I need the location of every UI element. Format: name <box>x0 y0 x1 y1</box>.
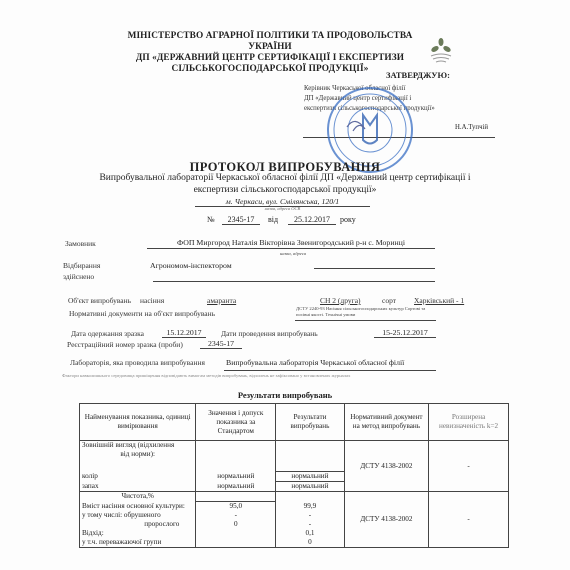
main-crop-result: 99,9 <box>276 492 344 512</box>
color-result: нормальний <box>276 472 344 482</box>
sprouted-standard: 0 <box>196 520 276 529</box>
table-row: Чистота,% 99,9 ДСТУ 4138-2002 - <box>80 492 509 502</box>
subtitle-line-1: Випробувальної лабораторії Черкаської об… <box>40 172 530 184</box>
husked-result: - <box>276 511 344 520</box>
smell-result: нормальний <box>276 482 344 492</box>
col-indicator: Найменування показника, одиниці вимірюва… <box>80 404 196 441</box>
sprout-logo-icon <box>428 36 454 66</box>
header-line-3: ДП «ДЕРЖАВНИЙ ЦЕНТР СЕРТИФІКАЦІЇ І ЕКСПЕ… <box>90 53 450 64</box>
object-variety-label: сорт <box>382 296 396 305</box>
subtitle-line-2: експертизи сільськогосподарської продукц… <box>40 184 530 196</box>
protocol-number: 2345-17 <box>222 215 260 225</box>
lab-underline <box>224 370 436 371</box>
lab-label: Лабораторія, яка проводила випробування <box>70 358 205 367</box>
year-label: року <box>340 215 356 224</box>
sampling-label-1: Відбирання <box>63 260 100 271</box>
main-crop-standard: 95,0 <box>196 502 276 512</box>
number-label: № <box>207 215 215 224</box>
approval-title: ЗАТВЕРДЖУЮ: <box>386 70 450 80</box>
testing-dates-label: Дати проведення випробувань <box>221 329 318 338</box>
col-result: Результати випробувань <box>276 404 344 441</box>
address-caption: назва, адреса ОСВ <box>195 206 370 211</box>
sampling-label-2: здійснено <box>63 271 100 282</box>
environment-footnote: Фактори навколишнього середовища пришіще… <box>62 373 432 379</box>
waste-result: 0,1 <box>276 529 344 538</box>
protocol-subtitle: Випробувальної лабораторії Черкаської об… <box>40 172 530 196</box>
reg-number-label: Реєстраційний номер зразка (проби) <box>67 340 183 349</box>
customer-label: Замовник <box>65 239 96 248</box>
standard-empty <box>196 441 276 472</box>
waste-standard <box>196 529 276 538</box>
appearance-cell: Зовнішній вигляд (відхилення від норми): <box>80 441 196 472</box>
sampling-label: Відбирання здійснено <box>63 260 100 282</box>
main-crop-name: Вміст насіння основної культури: <box>80 502 196 512</box>
waste-name: Відхід: <box>80 529 196 538</box>
reg-number-value: 2345-17 <box>200 339 242 349</box>
received-label: Дата одержання зразка <box>71 329 144 338</box>
col-standard: Значення і допуск показника за Стандарто… <box>196 404 276 441</box>
method-group-1: ДСТУ 4138-2002 <box>344 441 428 492</box>
purity-heading: Чистота,% <box>80 492 196 502</box>
uncertainty-group-1: - <box>429 441 509 492</box>
husked-standard: - <box>196 511 276 520</box>
dominant-group-name: у т.ч. переважаючої групи <box>80 538 196 548</box>
table-header-row: Найменування показника, одиниці вимірюва… <box>80 404 509 441</box>
testing-dates-value: 15-25.12.2017 <box>374 328 436 338</box>
object-category: СН 2 (друга) <box>320 296 361 305</box>
smell-name: запах <box>80 482 196 492</box>
header-line-1: МІНІСТЕРСТВО АГРАРНОЇ ПОЛІТИКИ ТА ПРОДОВ… <box>90 31 450 42</box>
norm-docs-value: ДСТУ 2240-93 Насіння сільськогосподарськ… <box>296 306 436 318</box>
ministry-header: МІНІСТЕРСТВО АГРАРНОЇ ПОЛІТИКИ ТА ПРОДОВ… <box>90 31 450 75</box>
signatory-name: Н.А.Тупчій <box>455 124 488 131</box>
sampling-underline-2 <box>153 281 435 282</box>
norm-docs-label: Нормативні документи на об'єкт випробува… <box>69 309 215 318</box>
object-seeds: насіння <box>140 296 164 305</box>
object-crop: амаранта <box>207 296 236 305</box>
dominant-group-standard <box>196 538 276 548</box>
uncertainty-group-2: - <box>429 492 509 548</box>
result-empty <box>276 441 344 472</box>
protocol-date: 25.12.2017 <box>288 215 336 225</box>
husked-name: у тому числі: обрушеного <box>80 511 196 520</box>
customer-value: ФОП Миргород Наталія Вікторівна Звенигор… <box>147 238 435 247</box>
object-variety: Харківський - 1 <box>414 296 464 305</box>
header-line-2: УКРАЇНИ <box>90 42 450 53</box>
received-value: 15.12.2017 <box>162 328 206 338</box>
sprouted-result: - <box>276 520 344 529</box>
color-standard: нормальний <box>196 472 276 482</box>
appearance-line-1: Зовнішній вигляд (відхилення <box>82 441 193 450</box>
col-uncertainty: Розширена невизначеність k=2 <box>429 404 509 441</box>
results-table: Найменування показника, одиниці вимірюва… <box>79 403 509 548</box>
customer-underline <box>147 248 435 249</box>
sampling-value: Агрономом-інспектором <box>150 261 232 270</box>
results-title: Результати випробувань <box>0 390 570 400</box>
lab-value: Випробувальна лабораторія Черкаської обл… <box>226 358 404 367</box>
color-name: колір <box>80 472 196 482</box>
sampling-underline-1 <box>314 268 435 269</box>
purity-standard-empty <box>196 492 276 502</box>
date-label: від <box>268 215 278 224</box>
sprouted-name: пророслого <box>80 520 196 529</box>
norm-docs-underline <box>295 320 436 321</box>
smell-standard: нормальний <box>196 482 276 492</box>
customer-caption: назва, адреса <box>280 251 306 257</box>
dominant-group-result: 0 <box>276 538 344 548</box>
table-row: Зовнішній вигляд (відхилення від норми):… <box>80 441 509 472</box>
object-label: Об'єкт випробувань <box>68 296 131 305</box>
col-method: Нормативний документ на метод випробуван… <box>344 404 428 441</box>
appearance-line-2: від норми): <box>82 450 193 459</box>
method-group-2: ДСТУ 4138-2002 <box>344 492 428 548</box>
